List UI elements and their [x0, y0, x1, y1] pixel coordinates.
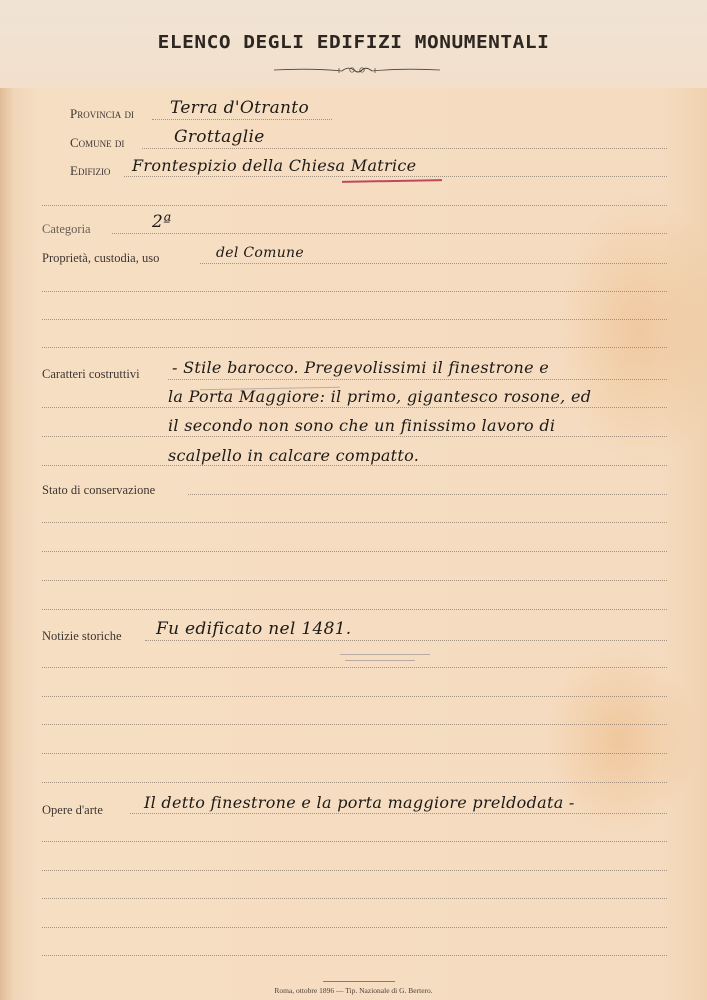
blank-dotted-line: [42, 870, 667, 871]
opere-label: Opere d'arte: [42, 803, 103, 818]
notizie-dotted-line: [145, 640, 667, 641]
comune-label: Comune di: [70, 135, 124, 151]
provincia-dotted-line: [152, 119, 332, 120]
categoria-value: 2ª: [152, 212, 172, 232]
edificio-label: Edifizio: [70, 163, 110, 179]
edificio-dotted-line: [124, 176, 667, 177]
caratteri-dotted-line: [42, 436, 667, 437]
opere-value: Il detto finestrone e la porta maggiore …: [144, 793, 575, 812]
caratteri-dotted-line: [42, 407, 667, 408]
categoria-label: Categoria: [42, 222, 91, 237]
proprieta-dotted-line: [200, 263, 667, 264]
blank-dotted-line: [42, 347, 667, 348]
red-underline-mark: [342, 179, 442, 182]
blank-dotted-line: [42, 696, 667, 697]
blank-dotted-line: [42, 319, 667, 320]
comune-value: Grottaglie: [174, 127, 265, 147]
blank-dotted-line: [42, 898, 667, 899]
comune-dotted-line: [142, 148, 667, 149]
provincia-label: Provincia di: [70, 106, 134, 122]
blank-dotted-line: [42, 841, 667, 842]
edificio-value: Frontespizio della Chiesa Matrice: [132, 156, 416, 175]
caratteri-dotted-line: [168, 379, 667, 380]
printer-imprint: Roma, ottobre 1896 — Tip. Nazionale di G…: [0, 986, 707, 995]
caratteri-line-4: scalpello in calcare compatto.: [168, 446, 419, 465]
blank-dotted-line: [42, 205, 667, 206]
blank-dotted-line: [42, 667, 667, 668]
caratteri-label: Caratteri costruttivi: [42, 367, 140, 382]
categoria-dotted-line: [112, 233, 667, 234]
stato-label: Stato di conservazione: [42, 483, 155, 498]
blank-dotted-line: [42, 927, 667, 928]
blank-dotted-line: [42, 522, 667, 523]
document-title: ELENCO DEGLI EDIFIZI MONUMENTALI: [0, 32, 707, 53]
proprieta-label: Proprietà, custodia, uso: [42, 251, 159, 266]
blank-dotted-line: [42, 609, 667, 610]
blank-dotted-line: [42, 753, 667, 754]
pencil-mark: [340, 654, 430, 655]
blank-dotted-line: [42, 580, 667, 581]
blank-dotted-line: [42, 551, 667, 552]
caratteri-line-2: la Porta Maggiore: il primo, gigantesco …: [168, 387, 591, 406]
opere-dotted-line: [130, 813, 667, 814]
caratteri-line-1: - Stile barocco. Pregevolissimi il fines…: [172, 358, 549, 377]
blank-dotted-line: [42, 955, 667, 956]
ornament-divider-icon: [272, 64, 442, 76]
blank-dotted-line: [42, 782, 667, 783]
blank-dotted-line: [42, 724, 667, 725]
provincia-value: Terra d'Otranto: [170, 98, 309, 118]
blank-dotted-line: [42, 291, 667, 292]
pencil-mark: [345, 660, 415, 661]
stato-dotted-line: [188, 494, 667, 495]
footer-rule: [323, 981, 395, 982]
caratteri-line-3: il secondo non sono che un finissimo lav…: [168, 416, 555, 435]
proprieta-value: del Comune: [216, 245, 304, 261]
notizie-label: Notizie storiche: [42, 629, 122, 644]
caratteri-dotted-line: [42, 465, 667, 466]
notizie-value: Fu edificato nel 1481.: [156, 619, 352, 639]
